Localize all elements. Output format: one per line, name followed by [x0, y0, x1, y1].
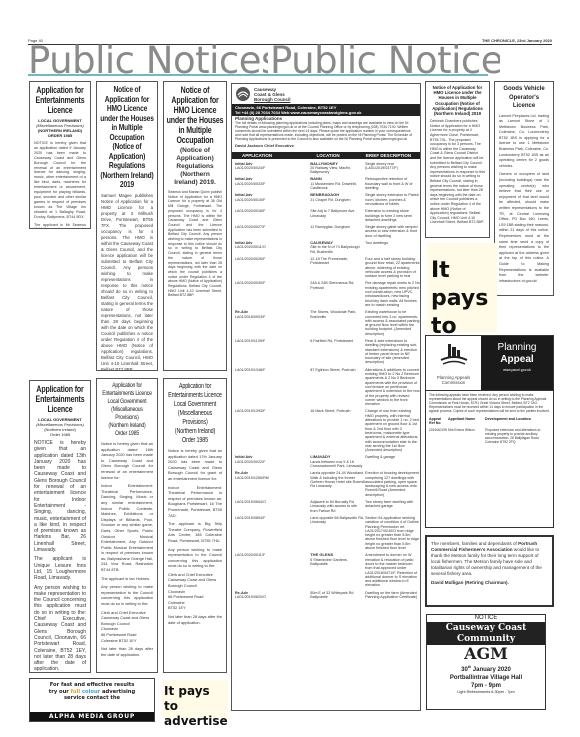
application-location: 12-18 The Promenade, Portstewart: [310, 257, 365, 266]
application-ref: LA01/2020/0026/F: [235, 257, 310, 261]
table-row: LA01/2019/0894/FLand opposite 66 Ballyav…: [232, 516, 420, 550]
advert-text: advertising: [100, 689, 135, 695]
page-number: Page 40: [28, 38, 43, 43]
publication-date: THE CHRONICLE, 23rd January 2020: [482, 38, 552, 43]
application-location: 11 Rannyglas, Dungiven: [310, 225, 365, 229]
application-ref: LA01/2020/0011/F: [235, 553, 310, 557]
application-description: Single storey extension to Parish room, …: [365, 193, 420, 206]
notice-subtitle: (Northern Ireland): [99, 422, 155, 430]
notice-subtitle: (Miscellaneous Provisions): [99, 406, 155, 422]
notice-title: Application for Entertainments Licence: [32, 384, 88, 414]
table-row: Re-AdvLA01/2018/0903/FThe Stores, Woodva…: [232, 310, 420, 336]
application-location: 6 Fairfield Rd, Portstewart: [310, 339, 365, 343]
date-day: 30: [461, 667, 468, 673]
notice-body: Any person wishing to make representatio…: [101, 584, 153, 606]
table-row: LA01/2020/0011/FTHE GLENS6 Strandview Ga…: [232, 553, 420, 587]
appeal-url: www.pacni.gov.uk: [481, 368, 553, 372]
planning-signoff: David Jackson Chief Executive: [235, 144, 417, 148]
notice-body: Not later than 28 days after the date of…: [101, 646, 153, 657]
application-description: Dwelling on the farm (Amended Planning A…: [365, 591, 420, 600]
column-header: Appeal Ref No: [429, 417, 445, 425]
application-description: Change of use from existing HMO property…: [365, 409, 420, 452]
application-location: The Stores, Woodvale Park, Bushmills: [310, 310, 365, 319]
notice-body: Indoor Entertainment: Theatrical Perform…: [101, 483, 153, 573]
notice-subtitle: Local Government: [99, 398, 155, 406]
notice-subtitle: (Notice of Application) Regulations (Nor…: [168, 147, 222, 187]
column-header: Development and Location: [485, 417, 550, 425]
notice-entertainments-licence-3: Application for Entertainments Licence L…: [96, 378, 158, 673]
planning-intro: The full details of following planning a…: [235, 121, 417, 141]
appellant-name: Mrs Emma Wilson: [445, 428, 485, 444]
notice-entertainments-licence-2: Application for Entertainments Licence L…: [29, 380, 91, 673]
application-ref: LA01/2020/0011/O: [235, 245, 310, 249]
agm-title: AGM: [427, 645, 545, 663]
application-description: Rear & side extensions to dwelling (repl…: [365, 339, 420, 365]
notice-subtitle: ORDER 1985: [34, 133, 86, 138]
application-ref: LA01/2018/0903/F: [235, 315, 310, 319]
address-line: BT52 1EY: [168, 605, 222, 611]
application-location: 24A & 24B Glenmanus Rd, Portrush: [310, 281, 365, 290]
application-description: Retrospective retention of boundary wall…: [365, 177, 420, 190]
notice-title: Notice of Application for HMO Licence un…: [99, 85, 155, 190]
planning-table-body: Initial AdvLA01/2020/0024/FBALLYMONEY20 …: [232, 162, 420, 600]
application-ref: LA01/2020/0022/F: [235, 460, 310, 464]
application-location: Lands opposite 24-44 Woodland Walk & inc…: [310, 471, 365, 488]
org-name: Causeway Coast: [427, 623, 545, 634]
table-row: LA01/2020/0030/F24A & 24B Glenmanus Rd, …: [232, 281, 420, 307]
column-header: Appellant Name: [445, 417, 485, 425]
notice-body: The applicant is Unique Leisure Inns Ltd…: [34, 556, 86, 581]
application-location: 6 Strandview Gardens, Ballycastle: [310, 558, 365, 567]
application-description: Two storey farm dwelling with detached g…: [365, 500, 420, 513]
application-location: 87 Eglinton Street, Portrush: [310, 368, 365, 372]
notice-body: The applicant is Mr Seamus McMullan who …: [34, 223, 86, 230]
notice-subtitle: Order 1985: [166, 436, 224, 445]
notice-body: Any person wishing to make representatio…: [168, 547, 222, 569]
notice-entertainments-licence-1: Application for Entertainments Licence L…: [29, 81, 91, 229]
table-row: LA01/2020/0027/F11 Rannyglas, DungivenSi…: [232, 225, 420, 238]
notice-body: The applicant is Ian Holmes.: [101, 576, 153, 582]
application-description: Section 54 application seeking variation…: [365, 516, 420, 550]
date-month-year: January 2020: [471, 667, 511, 673]
application-location: 20 Railway View, Macfin, Ballymoney: [310, 166, 365, 175]
page-title-right: Public Notices: [270, 44, 500, 74]
notice-body: Lamont Fireplaces Ltd. trading as Lamont…: [499, 114, 549, 170]
application-ref: LA01/2019/1348/F: [235, 368, 310, 372]
address-line: Coleraine BT52 1EY: [101, 638, 153, 644]
buildings-waves-icon: [439, 342, 469, 370]
application-ref: LA01/2020/0015/F: [235, 198, 310, 202]
table-row: LA01/2020/0018/FSite Adj to 7 Ballymore …: [232, 209, 420, 222]
notice-subtitle: Local Government: [166, 400, 224, 409]
advert-line: It pays to: [431, 257, 495, 341]
address-line: Causeway Coast and Glens: [101, 615, 153, 621]
application-description: Two dwellings: [365, 241, 420, 254]
table-row: Re-AdvLA01/2019/1265/RMLands opposite 24…: [232, 471, 420, 497]
planning-applications-notice: Causeway Coast & Glens Borough Council C…: [231, 83, 421, 711]
application-location: 16 Mark Street, Portrush: [310, 409, 365, 413]
application-description: Amendment to dormer on W elevation & rel…: [365, 553, 420, 587]
notice-body: NOTICE is hereby given that an applicati…: [34, 440, 86, 553]
title-rule: [28, 74, 488, 76]
column-header: LOCATION: [310, 152, 365, 159]
notice-subtitle: (Miscellaneous Provisions): [166, 409, 224, 427]
table-row: LA01/2019/0654/OAdjacent to 84 Burnally …: [232, 500, 420, 513]
planning-appeals-commission-logo: Planning Appeals Commission: [426, 336, 481, 390]
table-row: Initial AdvLA01/2020/0024/FBALLYMONEY20 …: [232, 162, 420, 175]
notice-body: Samuel Magee publishes Notice of Applica…: [101, 193, 153, 372]
application-ref: LA01/2020/0033/F: [235, 182, 310, 186]
agm-venue: Portballintrae Village Hall: [427, 674, 545, 682]
application-description: Extension to existing stone buildings to…: [365, 209, 420, 222]
advert-line: advertise: [164, 714, 226, 729]
column-header: APPLICATION: [232, 152, 310, 159]
appeal-ref: 2019/A0195: [429, 428, 445, 444]
advert-text: try our: [49, 689, 71, 695]
org-name: Community: [427, 634, 545, 645]
agm-notice: NOTICE Causeway Coast Community AGM 30th…: [426, 614, 546, 710]
agm-date: 30th January 2020: [427, 663, 545, 674]
notice-title: Application for Entertainments Licence: [99, 382, 155, 398]
application-location: Lands between nos 9 & 16 Crossnadonnell …: [310, 460, 365, 469]
advert-line: service contact the: [30, 695, 154, 702]
notice-subtitle: Order 1985: [34, 432, 86, 437]
table-row: LA01/2020/0026/F12-18 The Promenade, Por…: [232, 257, 420, 278]
table-row: Initial AdvLA01/2020/0015/FBENBRADAGH21 …: [232, 193, 420, 206]
advert-line: It pays to: [164, 684, 226, 714]
application-ref: LA01/2019/0654/O: [235, 500, 310, 504]
application-description: Dwelling & garage: [365, 455, 420, 468]
notice-body: Indoor Entertainment: Theatrical Perform…: [168, 485, 222, 519]
council-name: Borough Council: [254, 97, 291, 102]
planning-appeal-notice: Planning Appeals Commission Planning App…: [425, 335, 554, 528]
application-ref: LA01/2019/0894/F: [235, 516, 310, 520]
application-ref: LA01/2019/1139/F: [235, 339, 310, 343]
notice-title: Application for Entertainments Licence: [166, 382, 224, 400]
advert-text-full: full: [71, 689, 81, 695]
notice-subtitle: Order 1985: [99, 430, 155, 438]
agm-time: 7pm - 9pm: [427, 682, 545, 690]
it-pays-advert-large: It pays to advertise: [427, 243, 497, 333]
notice-title: Notice of Application for HMO Licence un…: [430, 85, 485, 116]
notice-title: Goods Vehicle Operator's Licence: [499, 85, 549, 111]
alpha-media-group-bar: ALPHA MEDIA GROUP: [30, 712, 154, 721]
notice-body: Any person wishing to make representatio…: [34, 585, 86, 673]
notice-body: Notice is hereby given that an applicati…: [168, 448, 222, 482]
notice-body: Deborah Chambers publishes Notice of App…: [430, 119, 485, 225]
appeal-title: Planning: [481, 342, 553, 354]
notice-hmo-licence-3: Notice of Application for HMO Licence un…: [425, 81, 490, 238]
application-description: Alterations & additions to convert exist…: [365, 368, 420, 407]
appeal-title: Appeal: [481, 354, 553, 366]
table-row: Initial AdvLA01/2020/0022/FLIMAVADYLands…: [232, 455, 420, 468]
table-row: LA01/2019/1139/F6 Fairfield Rd, Portstew…: [232, 339, 420, 365]
table-row: LA01/2019/1348/F87 Eglinton Street, Port…: [232, 368, 420, 407]
application-description: Four and a half storey building: ground …: [365, 257, 420, 278]
notice-label: NOTICE: [427, 615, 545, 622]
table-row: Re-AdvLA01/2019/0820/O50m E of 33 Whitep…: [232, 591, 420, 600]
application-description: Single storey rear (LA01/2019/0377/F): [365, 162, 420, 175]
fishermen-association-notice: The members, families and dependants of …: [425, 535, 554, 607]
application-location: 11 Mussenden Rd, Downhill, Castlerock: [310, 182, 365, 191]
column-header: BRIEF DESCRIPTION: [366, 152, 420, 159]
notice-body: The applicant is Big Telly Theatre Compa…: [168, 521, 222, 543]
notice-text: The members, families and dependants of: [431, 541, 518, 546]
application-description: Fire damage repair works to 2 No existin…: [365, 281, 420, 307]
notice-title: Notice of Application for HMO Licence un…: [166, 85, 224, 145]
application-location: Land opposite 66 Ballyavelin Rd, Limavad…: [310, 516, 365, 525]
application-location: Site Adj to 7 Ballymore Ave, Limavady: [310, 209, 365, 218]
application-description: Erection of housing development comprisi…: [365, 471, 420, 497]
application-location: 21 Chapel Rd, Dungiven: [310, 198, 365, 202]
agm-refreshments: Light Refreshments 6.30pm - 7pm: [427, 690, 545, 695]
application-ref: LA01/2020/0018/F: [235, 209, 310, 213]
notice-body: Not later than 28 days after the date of…: [168, 614, 222, 625]
table-row: LA01/2019/1393/F16 Mark Street, Portrush…: [232, 409, 420, 452]
application-location: 50m E of 33 Whitepark Rd Ballycastle: [310, 591, 365, 600]
notice-subtitle: (Northern Ireland): [166, 427, 224, 436]
planning-table-header: APPLICATION LOCATION BRIEF DESCRIPTION: [232, 152, 420, 159]
it-pays-advert-small: It pays to advertise: [162, 680, 228, 718]
notice-signature: David Mulligan (Retiring Chairman).: [431, 580, 548, 586]
notice-hmo-licence-2: Notice of Application for HMO Licence un…: [163, 81, 227, 371]
application-ref: LA01/2019/1265/RM: [235, 476, 310, 480]
notice-body: Notice is hereby given that an applicati…: [101, 441, 153, 480]
notice-body: Seamus and Marian Quinn publish Notice o…: [168, 190, 222, 298]
application-ref: LA01/2020/0027/F: [235, 225, 310, 229]
table-row: Initial AdvLA01/2020/0011/OCAUSEWAYSite …: [232, 241, 420, 254]
logo-text: Commission: [426, 380, 481, 385]
page-title-left: Public Notices: [28, 44, 268, 74]
notice-body: Owners or occupiers of land (including b…: [499, 172, 549, 284]
appeal-intro: The following appeals have been received…: [426, 391, 553, 415]
application-location: Site to the N of 74 Ballyclough Rd, Bush…: [310, 245, 365, 254]
application-ref: LA01/2019/0820/O: [235, 595, 310, 599]
table-row: Initial AdvLA01/2020/0033/FBANN11 Mussen…: [232, 177, 420, 190]
application-location: Adjacent to 84 Burnally Rd Limavady with…: [310, 500, 365, 513]
notice-body: NOTICE is hereby given that an applicati…: [34, 141, 86, 220]
council-header: Causeway Coast & Glens Borough Council: [232, 84, 420, 104]
application-description: Single storey gable with ramped access t…: [365, 225, 420, 238]
notice-title: Application for Entertainments Licence: [32, 85, 88, 115]
appeal-description: Proposed extension and alterations to ex…: [485, 428, 550, 444]
appeal-row: 2019/A0195 Mrs Emma Wilson Proposed exte…: [426, 427, 553, 445]
alpha-media-advert: For fast and effective results try our f…: [29, 678, 155, 722]
notice-goods-vehicle-licence: Goods Vehicle Operator's Licence Lamont …: [494, 81, 554, 296]
application-ref: LA01/2020/0030/F: [235, 281, 310, 285]
application-description: Existing warehouse to be converted into …: [365, 310, 420, 336]
council-logo-icon: [235, 86, 251, 102]
notice-entertainments-licence-4: Application for Entertainments Licence L…: [163, 378, 227, 673]
application-ref: LA01/2020/0024/F: [235, 166, 310, 170]
notice-hmo-licence-1: Notice of Application for HMO Licence un…: [96, 81, 158, 371]
council-contact: Tel +44 (0) 28 7034 7034 Web www.causewa…: [235, 110, 417, 115]
application-ref: LA01/2019/1393/F: [235, 409, 310, 413]
advert-text-colour: colour: [80, 689, 100, 695]
